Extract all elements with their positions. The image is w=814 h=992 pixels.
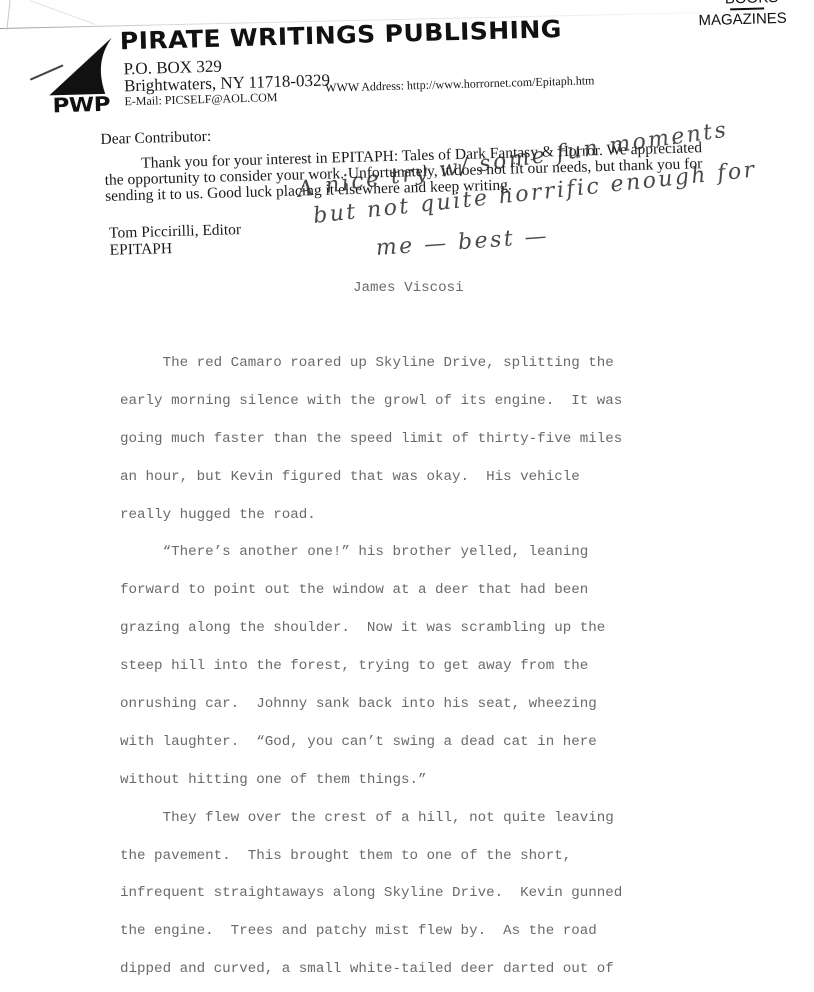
- manuscript-line: an hour, but Kevin figured that was okay…: [120, 467, 800, 505]
- category-labels: BOOKS MAGAZINES: [717, 0, 787, 29]
- publisher-name: PIRATE WRITINGS PUBLISHING: [119, 15, 562, 55]
- manuscript-author: James Viscosi: [353, 280, 464, 296]
- manuscript-line: infrequent straightaways along Skyline D…: [120, 883, 800, 921]
- manuscript-body: The red Camaro roared up Skyline Drive, …: [120, 353, 800, 992]
- manuscript-line: the engine. Trees and patchy mist flew b…: [120, 921, 800, 959]
- manuscript-line: The red Camaro roared up Skyline Drive, …: [120, 353, 800, 391]
- manuscript-line: onrushing car. Johnny sank back into his…: [120, 694, 800, 732]
- logo-text: PWP: [52, 92, 110, 118]
- manuscript-line: grazing along the shoulder. Now it was s…: [120, 618, 800, 656]
- manuscript-line: really hugged the road.: [120, 505, 800, 543]
- manuscript-line: dipped and curved, a small white-tailed …: [120, 959, 800, 992]
- manuscript-line: the pavement. This brought them to one o…: [120, 846, 800, 884]
- publisher-logo: PWP: [46, 37, 120, 109]
- salutation: Dear Contributor:: [100, 128, 211, 149]
- ship-sail-icon: [46, 37, 120, 97]
- manuscript-line: forward to point out the window at a dee…: [120, 580, 800, 618]
- manuscript-line: “There’s another one!” his brother yelle…: [120, 542, 800, 580]
- manuscript-line: They flew over the crest of a hill, not …: [120, 808, 800, 846]
- manuscript-line: going much faster than the speed limit o…: [120, 429, 800, 467]
- www-address: WWW Address: http://www.horrornet.com/Ep…: [325, 73, 595, 96]
- category-magazines: MAGAZINES: [698, 10, 787, 29]
- manuscript-line: with laughter. “God, you can’t swing a d…: [120, 732, 800, 770]
- manuscript-line: steep hill into the forest, trying to ge…: [120, 656, 800, 694]
- signature-name: Tom Piccirilli, Editor: [109, 221, 241, 243]
- signature-publication: EPITAPH: [109, 240, 172, 260]
- category-books: BOOKS: [725, 0, 779, 8]
- email-line: E-Mail: PICSELF@AOL.COM: [124, 90, 277, 109]
- manuscript-line: without hitting one of them things.”: [120, 770, 800, 808]
- manuscript-line: early morning silence with the growl of …: [120, 391, 800, 429]
